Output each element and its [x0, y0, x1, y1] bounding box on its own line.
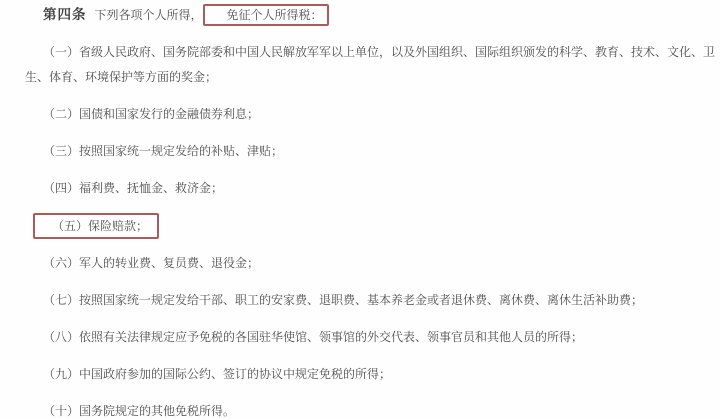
- list-item-4: （四）福利费、抚恤金、救济金；: [25, 176, 696, 201]
- list-item-line: （六）军人的转业费、复员费、退役金；: [25, 251, 696, 276]
- list-item-line: （九）中国政府参加的国际公约、签订的协议中规定免税的所得；: [25, 362, 696, 387]
- list-item-3: （三）按照国家统一规定发给的补贴、津贴；: [25, 139, 696, 164]
- list-item-line: 生、体育、环境保护等方面的奖金；: [25, 65, 696, 90]
- list-item-line: （七）按照国家统一规定发给干部、职工的安家费、退职费、基本养老金或者退休费、离休…: [25, 288, 696, 313]
- article-heading: 第四条下列各项个人所得，免征个人所得税：: [25, 2, 696, 28]
- highlighted-intro-text: 免征个人所得税：: [227, 8, 323, 22]
- list-item-line: （三）按照国家统一规定发给的补贴、津贴；: [25, 139, 696, 164]
- list-item-line: （四）福利费、抚恤金、救济金；: [25, 176, 696, 201]
- list-item-line: （二）国债和国家发行的金融债券利息；: [25, 102, 696, 127]
- list-item-8: （八）依照有关法律规定应予免税的各国驻华使馆、领事馆的外交代表、领事官员和其他人…: [25, 325, 696, 350]
- highlight-box-intro: 免征个人所得税：: [203, 4, 329, 26]
- article-intro-text: 下列各项个人所得，: [95, 8, 203, 22]
- article-heading-line: 第四条下列各项个人所得，免征个人所得税：: [25, 2, 696, 28]
- list-item-line: （五）保险赔款；: [25, 213, 696, 239]
- list-item-9: （九）中国政府参加的国际公约、签订的协议中规定免税的所得；: [25, 362, 696, 387]
- list-item-6: （六）军人的转业费、复员费、退役金；: [25, 251, 696, 276]
- list-item-2: （二）国债和国家发行的金融债券利息；: [25, 102, 696, 127]
- legal-document: 第四条下列各项个人所得，免征个人所得税： （一）省级人民政府、国务院部委和中国人…: [0, 0, 720, 419]
- list-item-7: （七）按照国家统一规定发给干部、职工的安家费、退职费、基本养老金或者退休费、离休…: [25, 288, 696, 313]
- list-item-1: （一）省级人民政府、国务院部委和中国人民解放军军以上单位，以及外国组织、国际组织…: [25, 40, 696, 90]
- list-item-line: （十）国务院规定的其他免税所得。: [25, 399, 696, 419]
- article-number: 第四条: [43, 7, 87, 22]
- list-item-10: （十）国务院规定的其他免税所得。: [25, 399, 696, 419]
- list-item-5: （五）保险赔款；: [25, 213, 696, 239]
- list-item-line: （一）省级人民政府、国务院部委和中国人民解放军军以上单位，以及外国组织、国际组织…: [25, 40, 696, 65]
- list-item-line: （八）依照有关法律规定应予免税的各国驻华使馆、领事馆的外交代表、领事官员和其他人…: [25, 325, 696, 350]
- highlight-box-item-5: （五）保险赔款；: [33, 213, 159, 239]
- document-items: （一）省级人民政府、国务院部委和中国人民解放军军以上单位，以及外国组织、国际组织…: [25, 40, 696, 419]
